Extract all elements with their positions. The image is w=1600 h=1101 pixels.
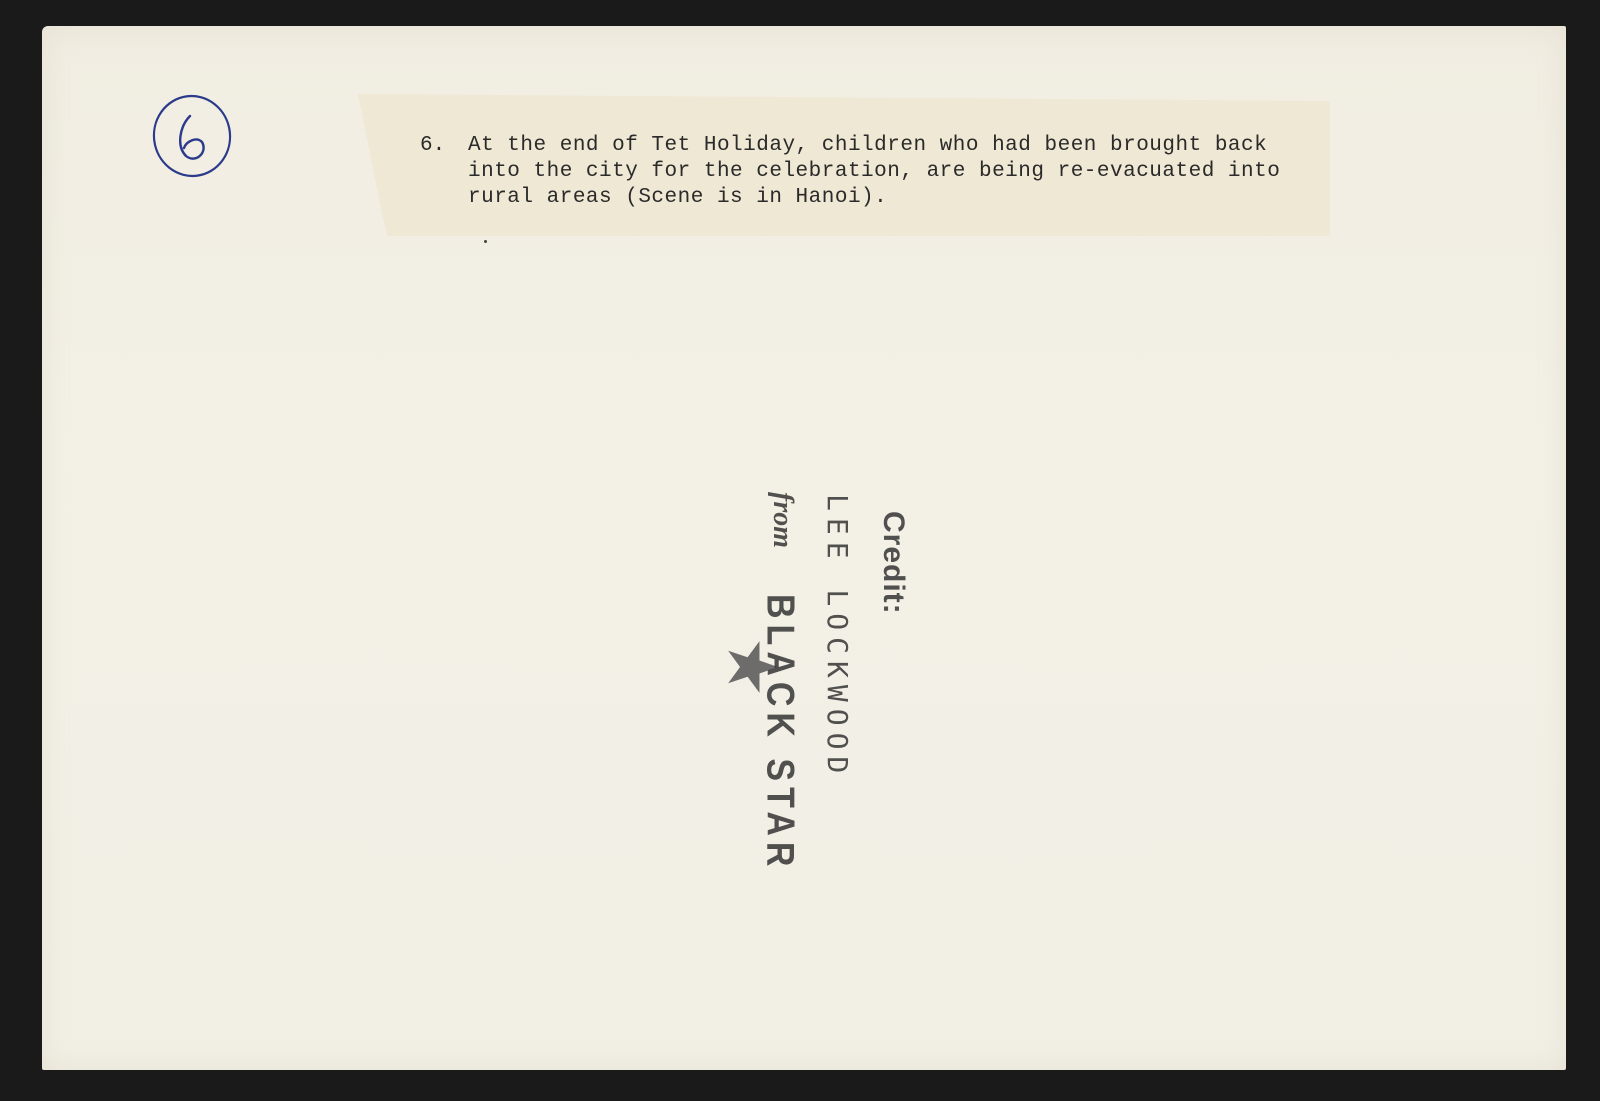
handwritten-circled-number: 6: [150, 90, 234, 180]
caption-line-3: rural areas (Scene is in Hanoi).: [468, 186, 887, 209]
stamp-agency: BLACK STAR: [757, 594, 802, 872]
caption-line-2: into the city for the celebration, are b…: [468, 160, 1280, 183]
caption-line-1: At the end of Tet Holiday, children who …: [468, 134, 1267, 157]
typed-caption-label: 6. At the end of Tet Holiday, children w…: [358, 94, 1330, 236]
photo-back-card: 6 6. At the end of Tet Holiday, children…: [42, 26, 1566, 1070]
stamp-from: from: [766, 492, 798, 548]
stamp-credit-label: Credit:: [876, 511, 910, 615]
stamp-photographer: LEE LOCKWOOD: [821, 494, 854, 780]
caption-number: 6.: [420, 134, 445, 157]
paper-speck: [484, 240, 487, 243]
credit-stamp: Credit: LEE LOCKWOOD from BLACK STAR: [692, 466, 932, 846]
